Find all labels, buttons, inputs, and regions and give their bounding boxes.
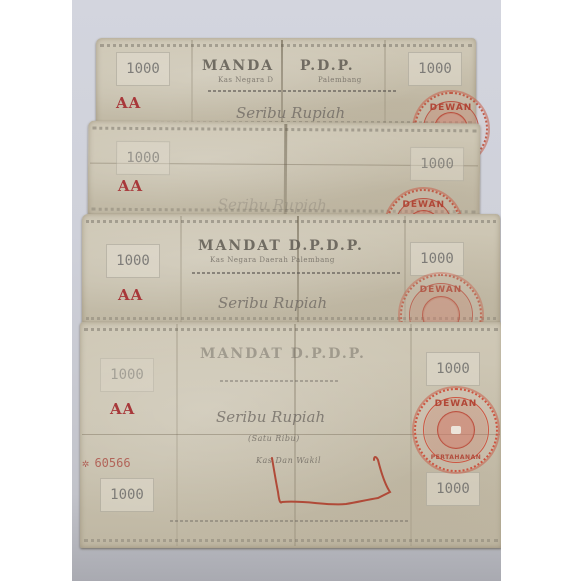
note-subtitle-right: Palembang <box>318 76 362 84</box>
stamp-text: DEWAN <box>402 285 480 295</box>
banknote-3: 1000 1000 AA MANDAT D.P.D.P. Kas Negara … <box>82 214 500 326</box>
amount-in-words: Seribu Rupiah <box>218 196 327 215</box>
amount-note: (Satu Ribu) <box>248 434 300 443</box>
fold-line <box>191 40 193 128</box>
serial-number: ✲ 60566 <box>82 456 131 470</box>
stamp-text: DEWAN <box>388 200 460 211</box>
fine-print <box>192 272 402 274</box>
denomination-left: 1000 <box>116 52 170 86</box>
denomination-left: 1000 <box>106 244 160 278</box>
stamp-text-top: DEWAN <box>416 399 496 409</box>
fold-line <box>410 324 412 546</box>
note-title: MANDAT D.P.D.P. <box>200 346 366 362</box>
photo-background: 1000 1000 AA MANDA P.D.P. Kas Negara D P… <box>72 0 501 581</box>
denomination-bottom-right: 1000 <box>426 472 480 506</box>
amount-in-words: Seribu Rupiah <box>236 104 345 122</box>
denomination-top-left: 1000 <box>100 358 154 392</box>
note-title-right: P.D.P. <box>300 58 355 74</box>
denomination-right: 1000 <box>410 242 464 276</box>
fold-line <box>176 324 178 546</box>
serial-digits: 60566 <box>94 456 130 470</box>
series-code: AA <box>116 94 141 112</box>
banknote-4: 1000 1000 AA MANDAT D.P.D.P. Seribu Rupi… <box>80 322 501 548</box>
amount-in-words: Seribu Rupiah <box>218 294 327 312</box>
series-code: AA <box>118 286 143 304</box>
stamp-text: DEWAN <box>416 103 486 113</box>
note-title-left: MANDA <box>202 58 274 74</box>
denomination-top-right: 1000 <box>426 352 480 386</box>
fine-print <box>220 380 340 382</box>
fold-line <box>180 216 182 324</box>
stamp-text-bottom: PERTAHANAN <box>416 454 496 461</box>
fine-print <box>208 90 398 92</box>
series-code: AA <box>118 177 143 195</box>
dewan-pertahanan-stamp: DEWAN PERTAHANAN <box>414 388 498 472</box>
fold-line <box>384 40 386 128</box>
serial-prefix: ✲ <box>82 456 94 470</box>
fine-print <box>170 520 410 522</box>
signature <box>266 452 396 510</box>
note-subtitle-left: Kas Negara D <box>218 76 274 84</box>
denomination-right: 1000 <box>410 147 464 181</box>
amount-in-words: Seribu Rupiah <box>216 408 325 426</box>
denomination-bottom-left: 1000 <box>100 478 154 512</box>
banknote-2: 1000 1000 AA Seribu Rupiah DEWAN <box>88 121 481 220</box>
banknote-1: 1000 1000 AA MANDA P.D.P. Kas Negara D P… <box>96 38 476 130</box>
denomination-right: 1000 <box>408 52 462 86</box>
note-title: MANDAT D.P.D.P. <box>198 238 364 254</box>
denomination-left: 1000 <box>116 141 170 175</box>
note-subtitle: Kas Negara Daerah Palembang <box>210 256 335 264</box>
series-code: AA <box>110 400 135 418</box>
